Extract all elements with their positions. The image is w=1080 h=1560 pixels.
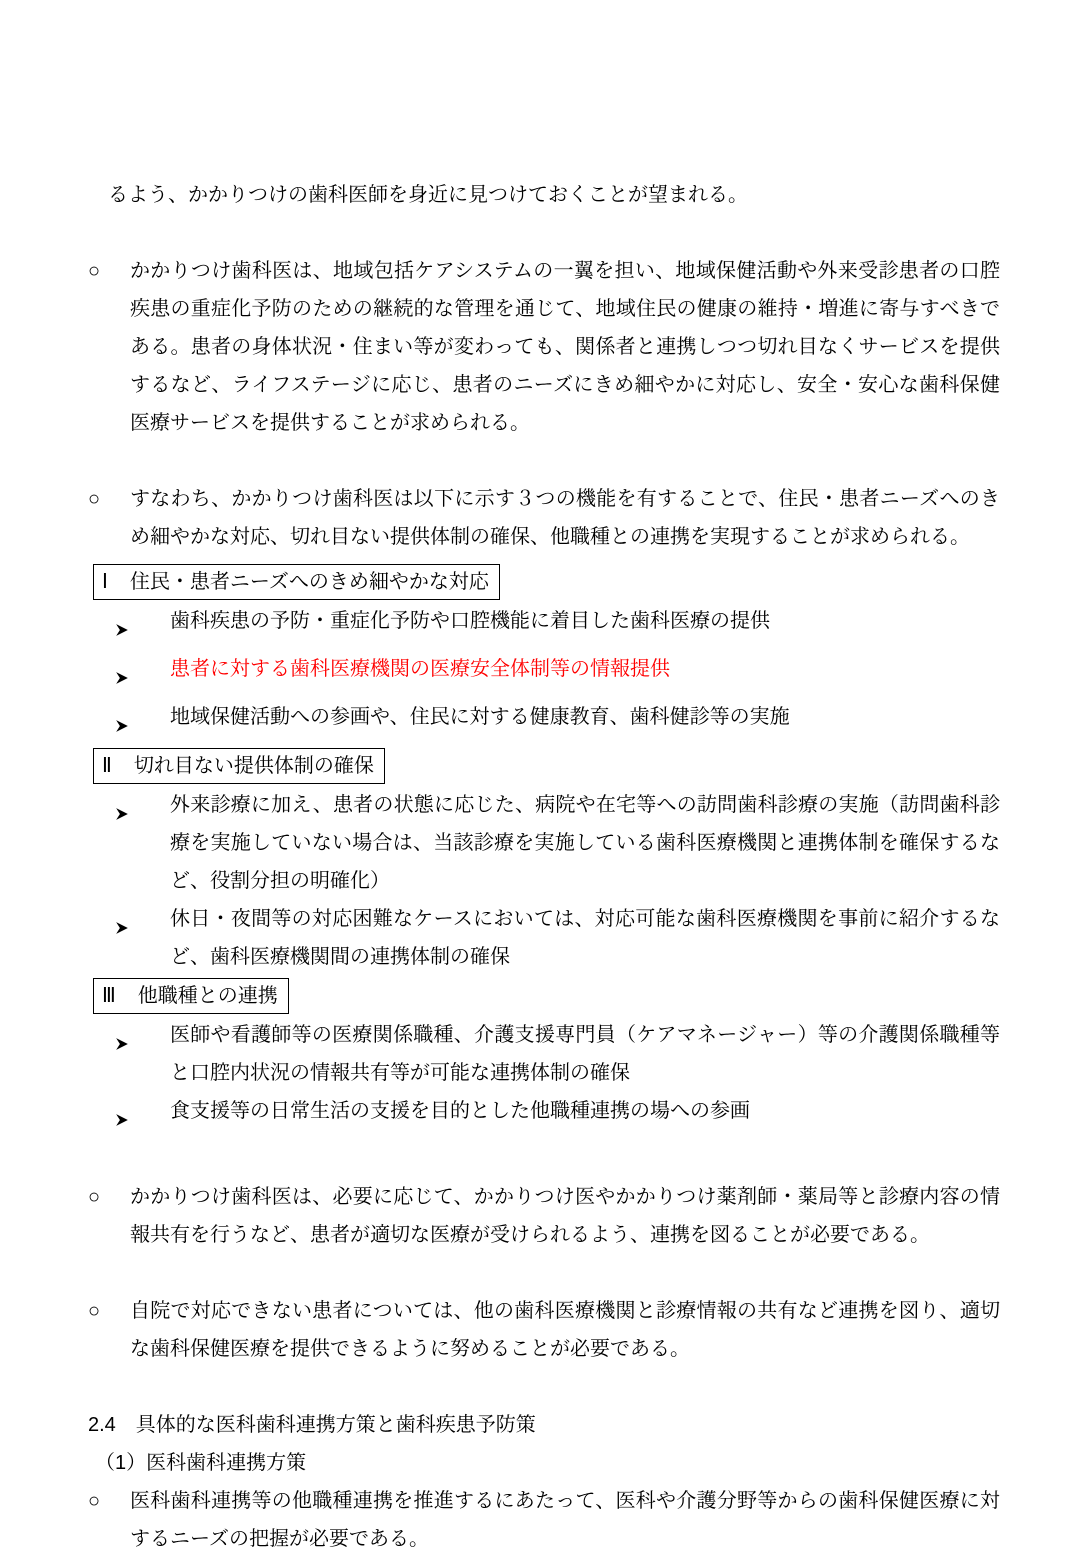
section-heading-box: Ⅱ切れ目ない提供体制の確保 [93,748,385,784]
list-item-text: 地域保健活動への参画や、住民に対する健康教育、歯科健診等の実施 [170,698,1000,736]
circle-bullet-marker: ○ [88,1178,130,1216]
arrow-bullet-icon [115,1092,170,1140]
list-item: 休日・夜間等の対応困難なケースにおいては、対応可能な歯科医療機関を事前に紹介する… [115,900,1000,976]
list-item: 地域保健活動への参画や、住民に対する健康教育、歯科健診等の実施 [115,698,1000,746]
lead-line: るよう、かかりつけの歯科医師を身近に見つけておくことが望まれる。 [88,176,1000,214]
list-item-text: 医師や看護師等の医療関係職種、介護支援専門員（ケアマネージャー）等の介護関係職種… [170,1016,1000,1092]
list-item: 歯科疾患の予防・重症化予防や口腔機能に着目した歯科医療の提供 [115,602,1000,650]
list-item-text: 歯科疾患の予防・重症化予防や口腔機能に着目した歯科医療の提供 [170,602,1000,640]
section-block-2: Ⅱ切れ目ない提供体制の確保 外来診療に加え、患者の状態に応じた、病院や在宅等への… [88,746,1000,976]
list-item-text: 患者に対する歯科医療機関の医療安全体制等の情報提供 [170,650,1000,688]
list-item: 食支援等の日常生活の支援を目的とした他職種連携の場への参画 [115,1092,1000,1140]
arrow-bullet-icon [115,786,170,834]
arrow-bullet-icon [115,650,170,698]
section-number-heading: 2.4 具体的な医科歯科連携方策と歯科疾患予防策 [88,1406,1000,1444]
list-item: 外来診療に加え、患者の状態に応じた、病院や在宅等への訪問歯科診療の実施（訪問歯科… [115,786,1000,900]
list-item: 患者に対する歯科医療機関の医療安全体制等の情報提供 [115,650,1000,698]
section-numeral: Ⅲ [102,979,116,1013]
section-title: 他職種との連携 [138,985,278,1007]
list-item-text: 休日・夜間等の対応困難なケースにおいては、対応可能な歯科医療機関を事前に紹介する… [170,900,1000,976]
subsection-heading: （1）医科歯科連携方策 [95,1444,1000,1482]
list-item: 医師や看護師等の医療関係職種、介護支援専門員（ケアマネージャー）等の介護関係職種… [115,1016,1000,1092]
arrow-bullet-icon [115,602,170,650]
section-block-3: Ⅲ他職種との連携 医師や看護師等の医療関係職種、介護支援専門員（ケアマネージャー… [88,976,1000,1140]
paragraph: ○ 自院で対応できない患者については、他の歯科医療機関と診療情報の共有など連携を… [88,1292,1000,1368]
arrow-bullet-icon [115,1016,170,1064]
circle-bullet-marker: ○ [88,252,130,290]
arrow-bullet-icon [115,900,170,948]
section-numeral: Ⅱ [102,749,112,783]
paragraph: ○ かかりつけ歯科医は、地域包括ケアシステムの一翼を担い、地域保健活動や外来受診… [88,252,1000,442]
document-page: るよう、かかりつけの歯科医師を身近に見つけておくことが望まれる。 ○ かかりつけ… [0,0,1080,1560]
circle-bullet-marker: ○ [88,1292,130,1330]
section-title: 住民・患者ニーズへのきめ細やかな対応 [130,571,489,593]
section-numeral: Ⅰ [102,565,108,599]
section-heading-box: Ⅲ他職種との連携 [93,978,289,1014]
circle-bullet-marker: ○ [88,1482,130,1520]
paragraph: ○ すなわち、かかりつけ歯科医は以下に示す３つの機能を有することで、住民・患者ニ… [88,480,1000,556]
paragraph: ○ かかりつけ歯科医は、必要に応じて、かかりつけ医やかかりつけ薬剤師・薬局等と診… [88,1178,1000,1254]
paragraph-text: かかりつけ歯科医は、必要に応じて、かかりつけ医やかかりつけ薬剤師・薬局等と診療内… [130,1178,1000,1254]
paragraph: ○ 医科歯科連携等の他職種連携を推進するにあたって、医科や介護分野等からの歯科保… [88,1482,1000,1558]
list-item-text: 食支援等の日常生活の支援を目的とした他職種連携の場への参画 [170,1092,1000,1130]
paragraph-text: かかりつけ歯科医は、地域包括ケアシステムの一翼を担い、地域保健活動や外来受診患者… [130,252,1000,442]
circle-bullet-marker: ○ [88,480,130,518]
function-sections: Ⅰ住民・患者ニーズへのきめ細やかな対応 歯科疾患の予防・重症化予防や口腔機能に着… [88,562,1000,1140]
section-heading-box: Ⅰ住民・患者ニーズへのきめ細やかな対応 [93,564,500,600]
paragraph-text: 自院で対応できない患者については、他の歯科医療機関と診療情報の共有など連携を図り… [130,1292,1000,1368]
section-block-1: Ⅰ住民・患者ニーズへのきめ細やかな対応 歯科疾患の予防・重症化予防や口腔機能に着… [88,562,1000,746]
arrow-bullet-icon [115,698,170,746]
list-item-text: 外来診療に加え、患者の状態に応じた、病院や在宅等への訪問歯科診療の実施（訪問歯科… [170,786,1000,900]
paragraph-text: すなわち、かかりつけ歯科医は以下に示す３つの機能を有することで、住民・患者ニーズ… [130,480,1000,556]
paragraph-text: 医科歯科連携等の他職種連携を推進するにあたって、医科や介護分野等からの歯科保健医… [130,1482,1000,1558]
section-title: 切れ目ない提供体制の確保 [134,755,374,777]
